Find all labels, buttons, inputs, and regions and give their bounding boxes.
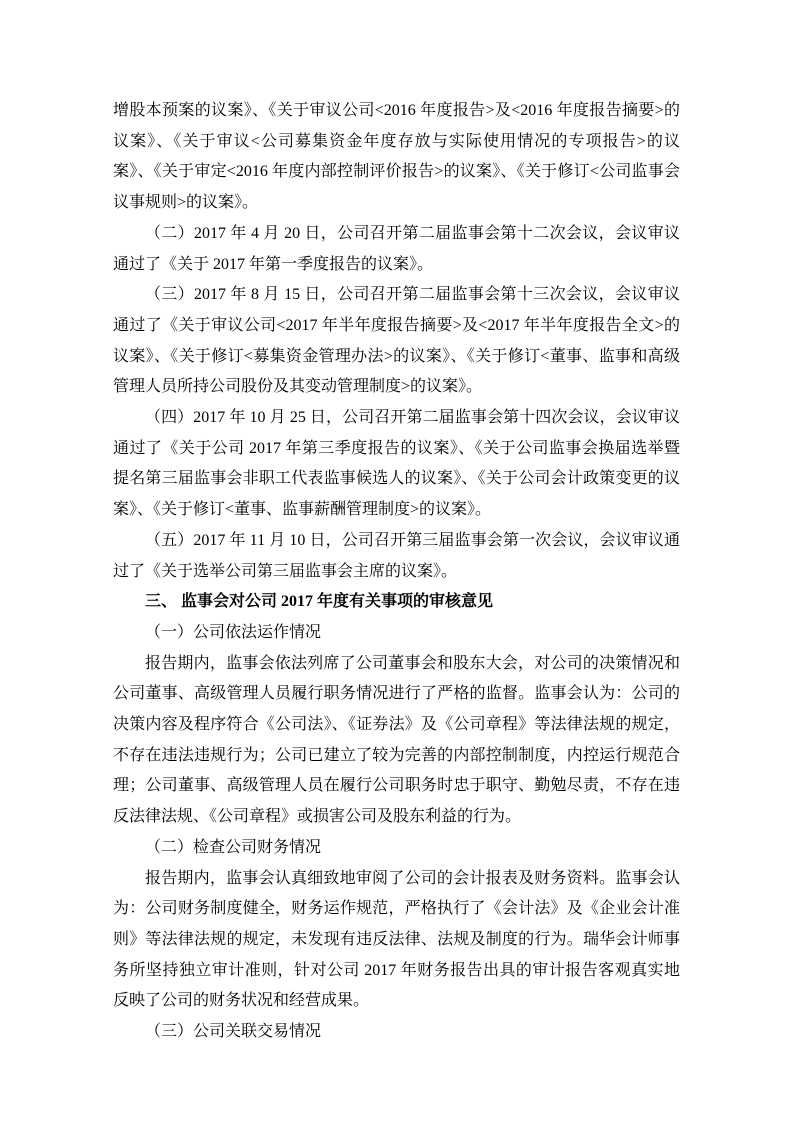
paragraph-meeting-second-board-12th: （二）2017 年 4 月 20 日，公司召开第二届监事会第十二次会议，会议审议… [113,219,680,280]
paragraph-lawful-operation-detail: 报告期内，监事会依法列席了公司董事会和股东大会，对公司的决策情况和公司董事、高级… [113,649,680,833]
paragraph-meeting-second-board-13th: （三）2017 年 8 月 15 日，公司召开第二届监事会第十三次会议，会议审议… [113,280,680,403]
paragraph-continuation-resolutions: 增股本预案的议案》、《关于审议公司<2016 年度报告>及<2016 年度报告摘… [113,96,680,219]
subsection-heading-lawful-operation: （一）公司依法运作情况 [113,618,680,649]
document-page: 增股本预案的议案》、《关于审议公司<2016 年度报告>及<2016 年度报告摘… [0,0,793,1122]
section-heading-review-opinions: 三、 监事会对公司 2017 年度有关事项的审核意见 [113,587,680,618]
subsection-heading-related-transactions: （三）公司关联交易情况 [113,1017,680,1048]
paragraph-financial-check-detail: 报告期内，监事会认真细致地审阅了公司的会计报表及财务资料。监事会认为：公司财务制… [113,864,680,1018]
paragraph-meeting-second-board-14th: （四）2017 年 10 月 25 日，公司召开第二届监事会第十四次会议，会议审… [113,403,680,526]
paragraph-meeting-third-board-1st: （五）2017 年 11 月 10 日，公司召开第三届监事会第一次会议，会议审议… [113,526,680,587]
subsection-heading-financial-check: （二）检查公司财务情况 [113,833,680,864]
